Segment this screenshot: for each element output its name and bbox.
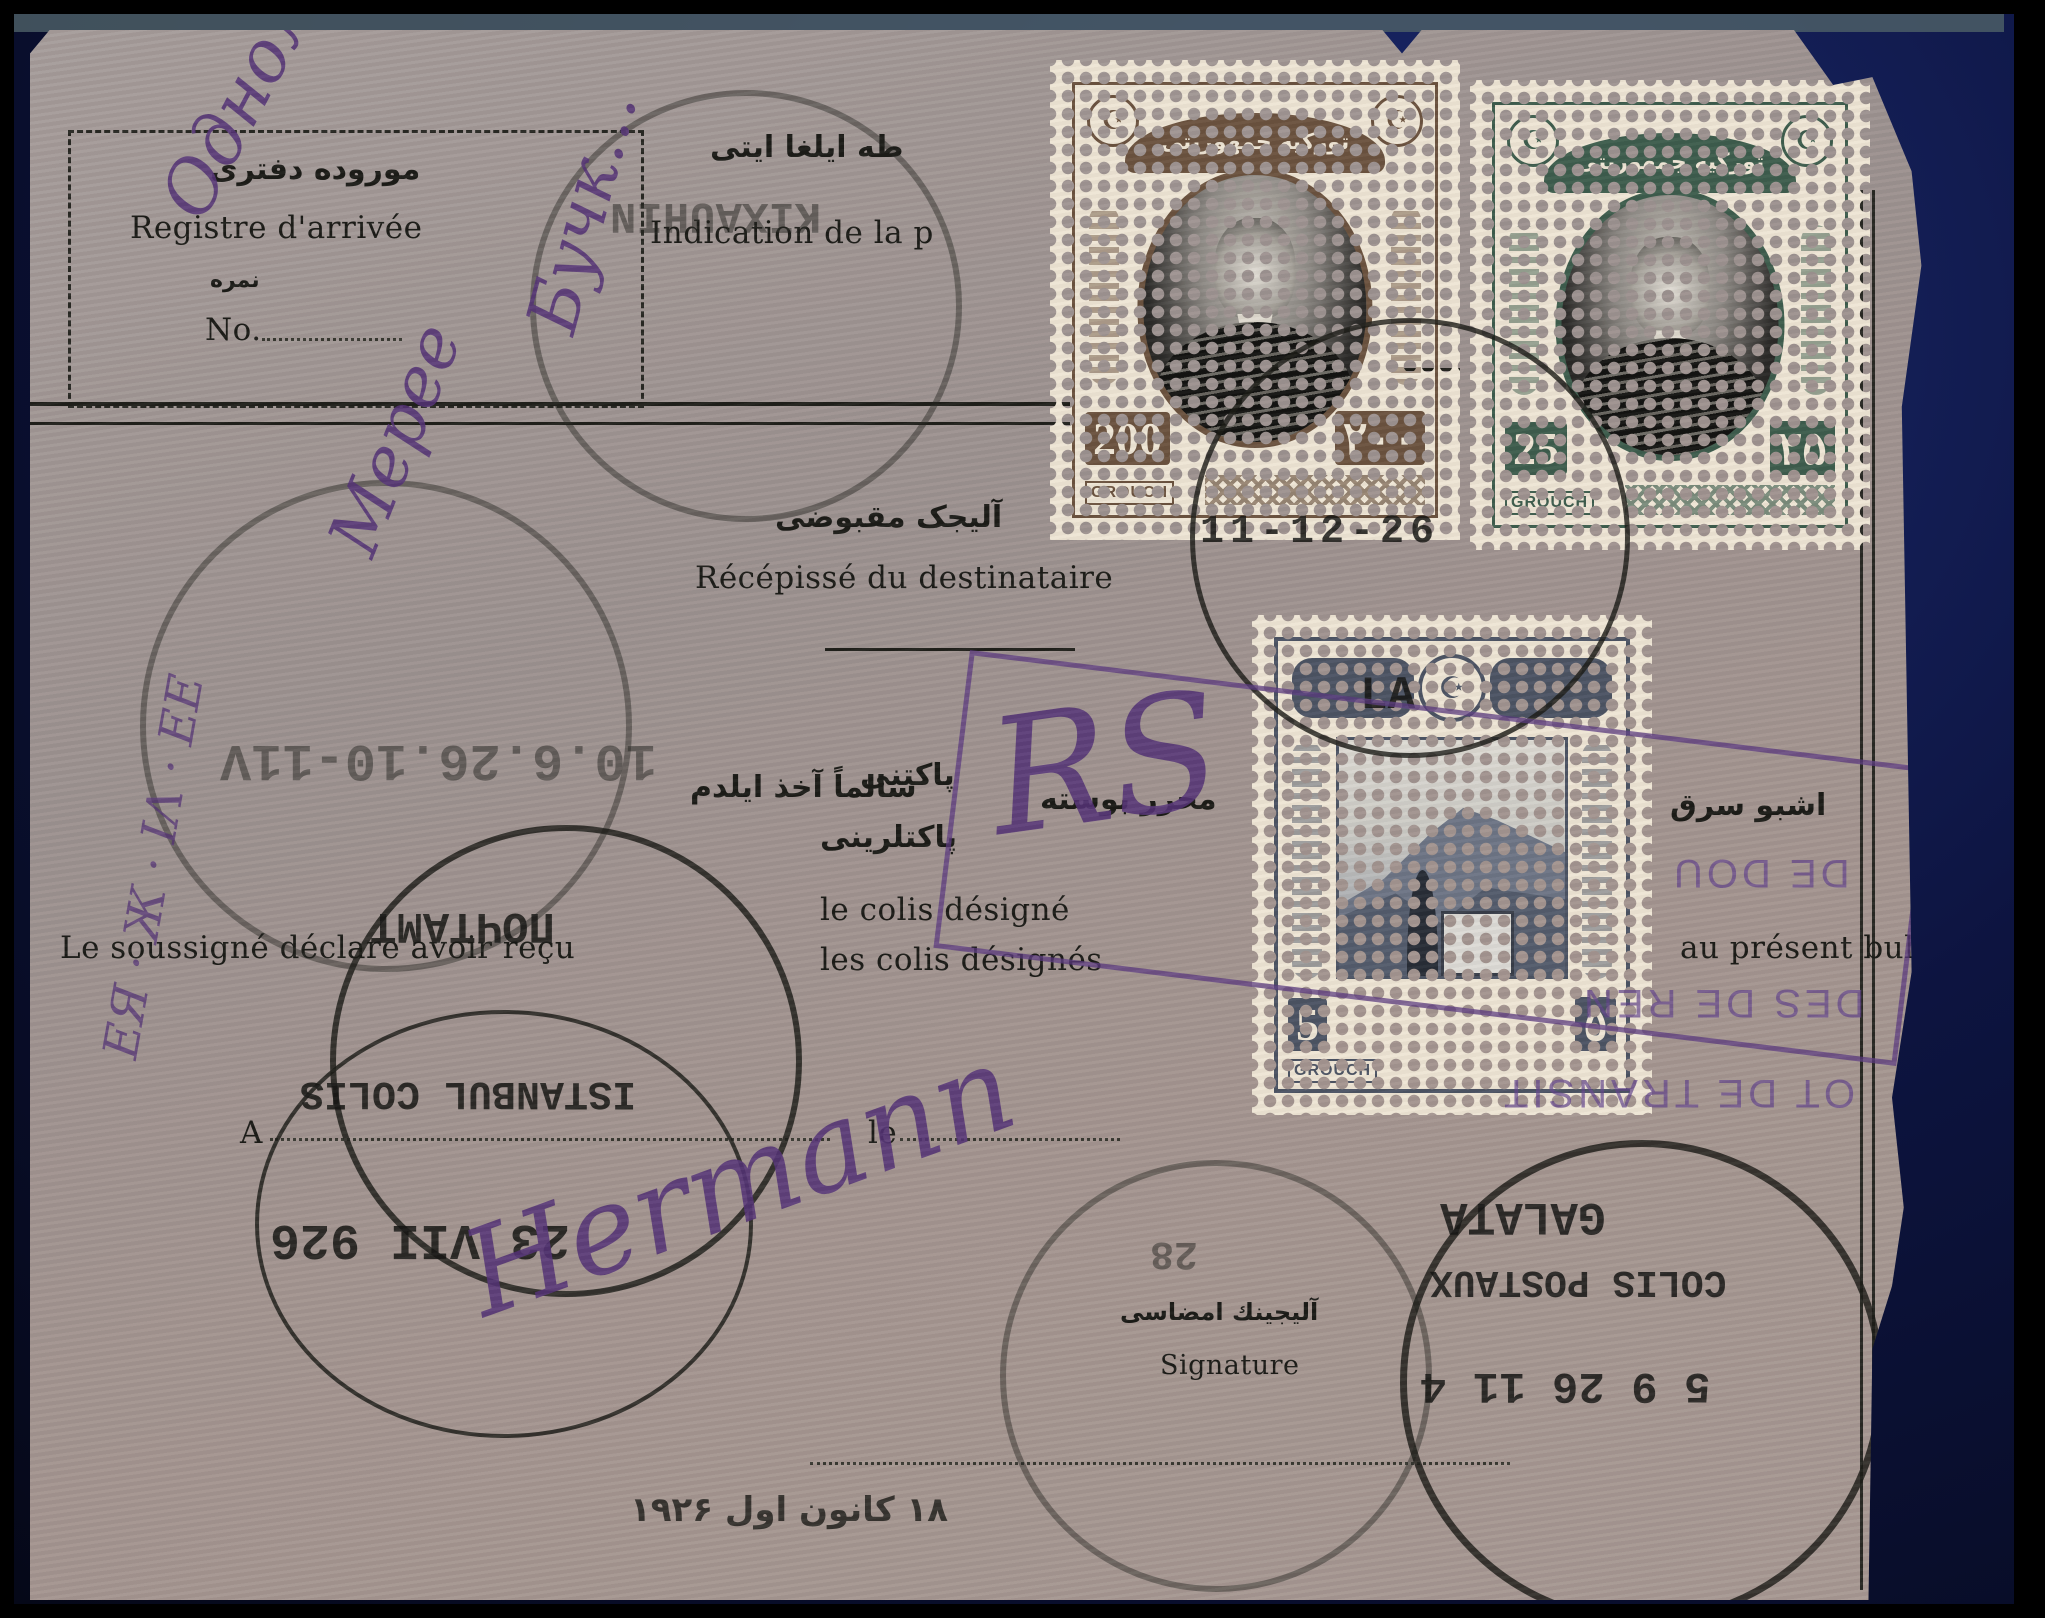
- knot-ornament: [1625, 485, 1835, 515]
- denomination-arabic: ٥: [1575, 997, 1616, 1051]
- signature-field: [810, 1462, 1510, 1465]
- ornament: [1509, 225, 1539, 395]
- crescent-star-icon: ☪: [1371, 95, 1423, 147]
- denomination-latin: 200: [1085, 412, 1170, 465]
- register-number-label: No.: [205, 312, 262, 348]
- handwritten-rs-mark: RS: [978, 655, 1232, 872]
- postmark-galata: [1190, 318, 1630, 758]
- stamp-frame: ☪ ☪ تورکیه جمهوریتی پوستهلری 25 ۲۵ GROUC…: [1492, 102, 1848, 528]
- register-arabic-label: موروده دفتری: [210, 152, 420, 187]
- register-french-label: Registre d'arrivée: [130, 210, 422, 246]
- handwritten-cyrillic-note-3: Бучк…: [510, 81, 653, 341]
- postmark-istanbul-colis: [255, 1010, 753, 1438]
- register-number-field: [262, 338, 402, 341]
- declaration-arabic-far-right: اشبو سرق: [1670, 788, 1826, 823]
- postmark-moskva-outer: [330, 825, 802, 1297]
- postmark-galata-name: LA: [1360, 670, 1415, 722]
- currency-label: GROUCH: [1288, 1059, 1377, 1083]
- cachet-line-1: DE DOU: [1670, 850, 1850, 895]
- handwritten-cyrillic-note-2: Мерее: [312, 312, 478, 566]
- denomination-arabic: ۲۰۰: [1335, 411, 1425, 465]
- option-singular: le colis désigné: [820, 892, 1070, 928]
- denomination-arabic: ۲۵: [1770, 421, 1835, 475]
- receipt-french-label: Récépissé du destinataire: [695, 560, 1113, 596]
- stamp-5-grouch: ☪ 5 ٥ GROUCH TURK POSTALARI: [1252, 615, 1652, 1115]
- ornament: [1292, 741, 1322, 979]
- postmark-faint-top-text: KIXAUHIN: [610, 190, 821, 240]
- stamp-top-cartouches: ☪: [1292, 653, 1612, 723]
- option-plural: les colis désignés: [820, 942, 1103, 978]
- portrait-ataturk: [1137, 169, 1372, 448]
- declaration-arabic-right: محرر بوسته: [1040, 782, 1217, 817]
- currency-label: GROUCH: [1505, 491, 1594, 515]
- ankara-citadel-view: [1336, 737, 1568, 979]
- postmark-faint-left-date: 10.6.26.10-11V: [220, 730, 657, 789]
- postmark-galata-colis-date: 5 9 26 11 4: [1420, 1360, 1710, 1410]
- indication-arabic-label: طه ایلغا ایتی: [710, 130, 903, 165]
- register-number-arabic: نمره: [210, 268, 260, 293]
- indication-french-label: Indication de la p: [650, 215, 934, 251]
- right-margin-rule-1: [1860, 190, 1863, 1590]
- postmark-galata-colis-text: COLIS POSTAUX: [1430, 1260, 1726, 1303]
- violet-transit-cachet: [933, 650, 1932, 1066]
- ornament: [1391, 205, 1421, 385]
- postmark-faint-left: [140, 480, 632, 972]
- cartouche: [1292, 658, 1414, 718]
- stamp-inscription-banner: تورکیه جمهوریتی پوستهلری: [1544, 133, 1796, 193]
- cachet-line-3: OT DE TRANSIT: [1500, 1070, 1855, 1115]
- date-field: [900, 1138, 1120, 1141]
- stamp-inscription-banner: تورکیه جمهوریتی پوستهلری: [1125, 113, 1384, 173]
- signature-french-label: Signature: [1160, 1350, 1300, 1381]
- crescent-star-icon: ☪: [1781, 115, 1833, 167]
- postmark-moskva-text: ПОЧТАМТ: [370, 900, 555, 950]
- receipt-arabic-label: آلیجک مقبوضی: [775, 500, 1002, 535]
- postmark-faint-lower-date: 28: [1150, 1230, 1198, 1275]
- stamp-frame: ☪ 5 ٥ GROUCH TURK POSTALARI: [1274, 637, 1630, 1093]
- postmark-galata-colis: [1400, 1140, 1884, 1618]
- crescent-star-icon: ☪: [1087, 95, 1139, 147]
- crescent-star-icon: ☪: [1507, 115, 1559, 167]
- rule-upper: [30, 402, 1070, 406]
- rule-right-short: [1400, 368, 1460, 371]
- portrait-ataturk: [1556, 189, 1785, 461]
- handwritten-margin-note: ЕЯ · Ж · ΙΛ · ЕЕ: [92, 670, 215, 1063]
- ornament: [1801, 225, 1831, 395]
- handwritten-signature: Hermann: [446, 1018, 1032, 1345]
- register-box: [68, 130, 644, 408]
- declaration-french-intro: Le soussigné déclare avoir reçu: [60, 930, 575, 966]
- rule-upper-2: [30, 422, 1070, 425]
- footer-arabic-date: ۱۸ کانون اول ۱۹۲۶: [630, 1490, 948, 1530]
- ornament: [1582, 741, 1612, 979]
- album-frame-edge: [14, 14, 2004, 32]
- postmark-faint-lower: [1000, 1160, 1432, 1592]
- country-inscription: TURK POSTALARI: [1388, 1005, 1516, 1067]
- document-paper: موروده دفتری Registre d'arrivée نمره No.…: [30, 30, 1990, 1600]
- stamp-frame: ☪ ☪ تورکیه جمهوریتی پوستهلری 200 ۲۰۰ GRO…: [1072, 82, 1438, 518]
- stamp-25-grouch: ☪ ☪ تورکیه جمهوریتی پوستهلری 25 ۲۵ GROUC…: [1470, 80, 1870, 550]
- postmark-moskva-date: 23 VII 926: [270, 1210, 570, 1267]
- handwritten-cyrillic-note-1: Одномес.: [143, 0, 387, 232]
- ornament: [1089, 205, 1119, 385]
- knot-ornament: [1205, 475, 1425, 505]
- postmark-faint-top: [530, 90, 962, 522]
- signature-arabic-label: آلیجینك امضاسی: [1120, 1298, 1318, 1326]
- currency-label: GROUCH: [1085, 481, 1174, 505]
- declaration-arabic-mid-1: پاكتنی: [860, 758, 955, 793]
- postmark-istanbul-text: ISTANBUL COLIS: [300, 1070, 636, 1115]
- denomination-latin: 25: [1505, 422, 1567, 475]
- place-field: [270, 1138, 830, 1141]
- cachet-line-2: DES DE REN: [1580, 980, 1865, 1025]
- stamp-200-grouch: ☪ ☪ تورکیه جمهوریتی پوستهلری 200 ۲۰۰ GRO…: [1050, 60, 1460, 540]
- date-prefix: le: [868, 1115, 897, 1151]
- crescent-star-icon: ☪: [1418, 654, 1486, 722]
- postmark-galata-colis-name: GALATA: [1440, 1190, 1606, 1242]
- receipt-underline: [825, 648, 1075, 651]
- cartouche: [1490, 658, 1612, 718]
- declaration-arabic-left: سالماً آخذ ایلدم: [690, 770, 917, 805]
- postmark-galata-date: 11-12-26: [1200, 510, 1440, 555]
- place-prefix: A: [240, 1115, 263, 1151]
- denomination-latin: 5: [1288, 998, 1327, 1051]
- declaration-arabic-mid-2: پاکتلرینی: [820, 820, 957, 855]
